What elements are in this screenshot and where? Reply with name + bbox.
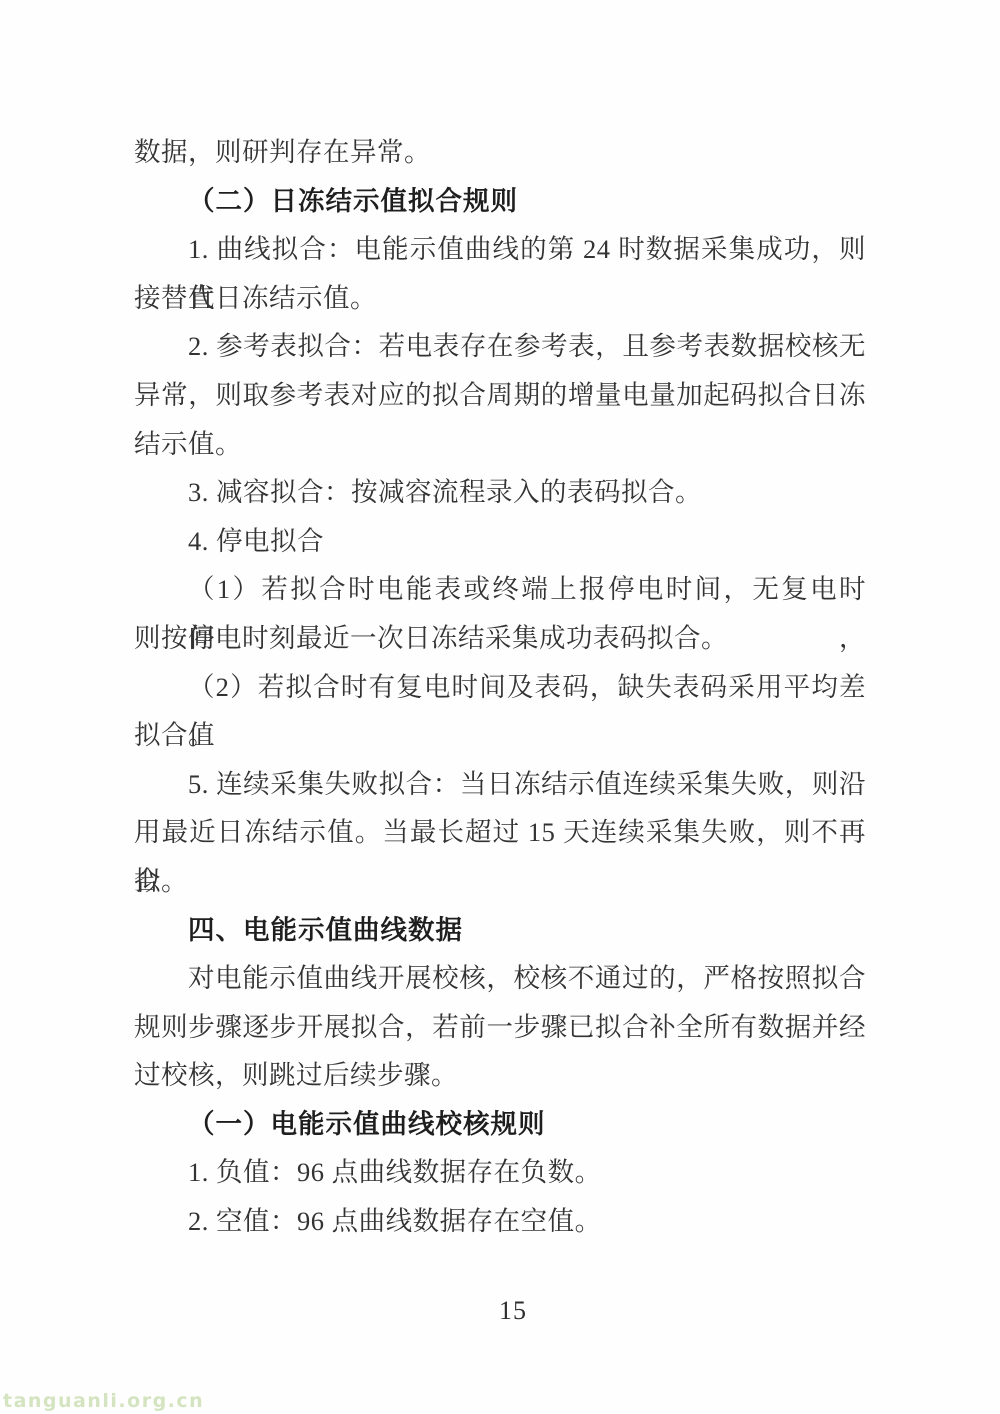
text-line: 1. 负值：96 点曲线数据存在负数。 bbox=[134, 1148, 866, 1197]
text-line: 拟合。 bbox=[134, 711, 866, 760]
section-heading: 四、电能示值曲线数据 bbox=[134, 906, 866, 955]
text-line: 2. 参考表拟合：若电表存在参考表，且参考表数据校核无 bbox=[134, 322, 866, 371]
text-line: 3. 减容拟合：按减容流程录入的表码拟合。 bbox=[134, 468, 866, 517]
page-number: 15 bbox=[0, 1296, 1000, 1326]
text-line: 过校核，则跳过后续步骤。 bbox=[134, 1051, 866, 1100]
text-line: （2）若拟合时有复电时间及表码，缺失表码采用平均差值 bbox=[134, 663, 866, 712]
watermark: tanguanli.org.cn bbox=[3, 1390, 204, 1412]
section-heading: （二）日冻结示值拟合规则 bbox=[134, 177, 866, 226]
text-line: 异常，则取参考表对应的拟合周期的增量电量加起码拟合日冻 bbox=[134, 371, 866, 420]
document-text-block: 数据，则研判存在异常。 （二）日冻结示值拟合规则 1. 曲线拟合：电能示值曲线的… bbox=[134, 128, 866, 1246]
text-line: 规则步骤逐步开展拟合，若前一步骤已拟合补全所有数据并经 bbox=[134, 1003, 866, 1052]
text-line: 1. 曲线拟合：电能示值曲线的第 24 时数据采集成功，则直 bbox=[134, 225, 866, 274]
text-line: 4. 停电拟合 bbox=[134, 517, 866, 566]
text-line: 接替代日冻结示值。 bbox=[134, 274, 866, 323]
text-line: 5. 连续采集失败拟合：当日冻结示值连续采集失败，则沿 bbox=[134, 760, 866, 809]
text-line: 2. 空值：96 点曲线数据存在空值。 bbox=[134, 1197, 866, 1246]
text-line: 用最近日冻结示值。当最长超过 15 天连续采集失败，则不再拟 bbox=[134, 808, 866, 857]
text-line: 结示值。 bbox=[134, 420, 866, 469]
text-line: 对电能示值曲线开展校核，校核不通过的，严格按照拟合 bbox=[134, 954, 866, 1003]
text-line: 数据，则研判存在异常。 bbox=[134, 128, 866, 177]
text-line: （1）若拟合时电能表或终端上报停电时间，无复电时间， bbox=[134, 565, 866, 614]
text-line: 合。 bbox=[134, 857, 866, 906]
section-heading: （一）电能示值曲线校核规则 bbox=[134, 1100, 866, 1149]
document-page: 数据，则研判存在异常。 （二）日冻结示值拟合规则 1. 曲线拟合：电能示值曲线的… bbox=[0, 0, 1000, 1414]
